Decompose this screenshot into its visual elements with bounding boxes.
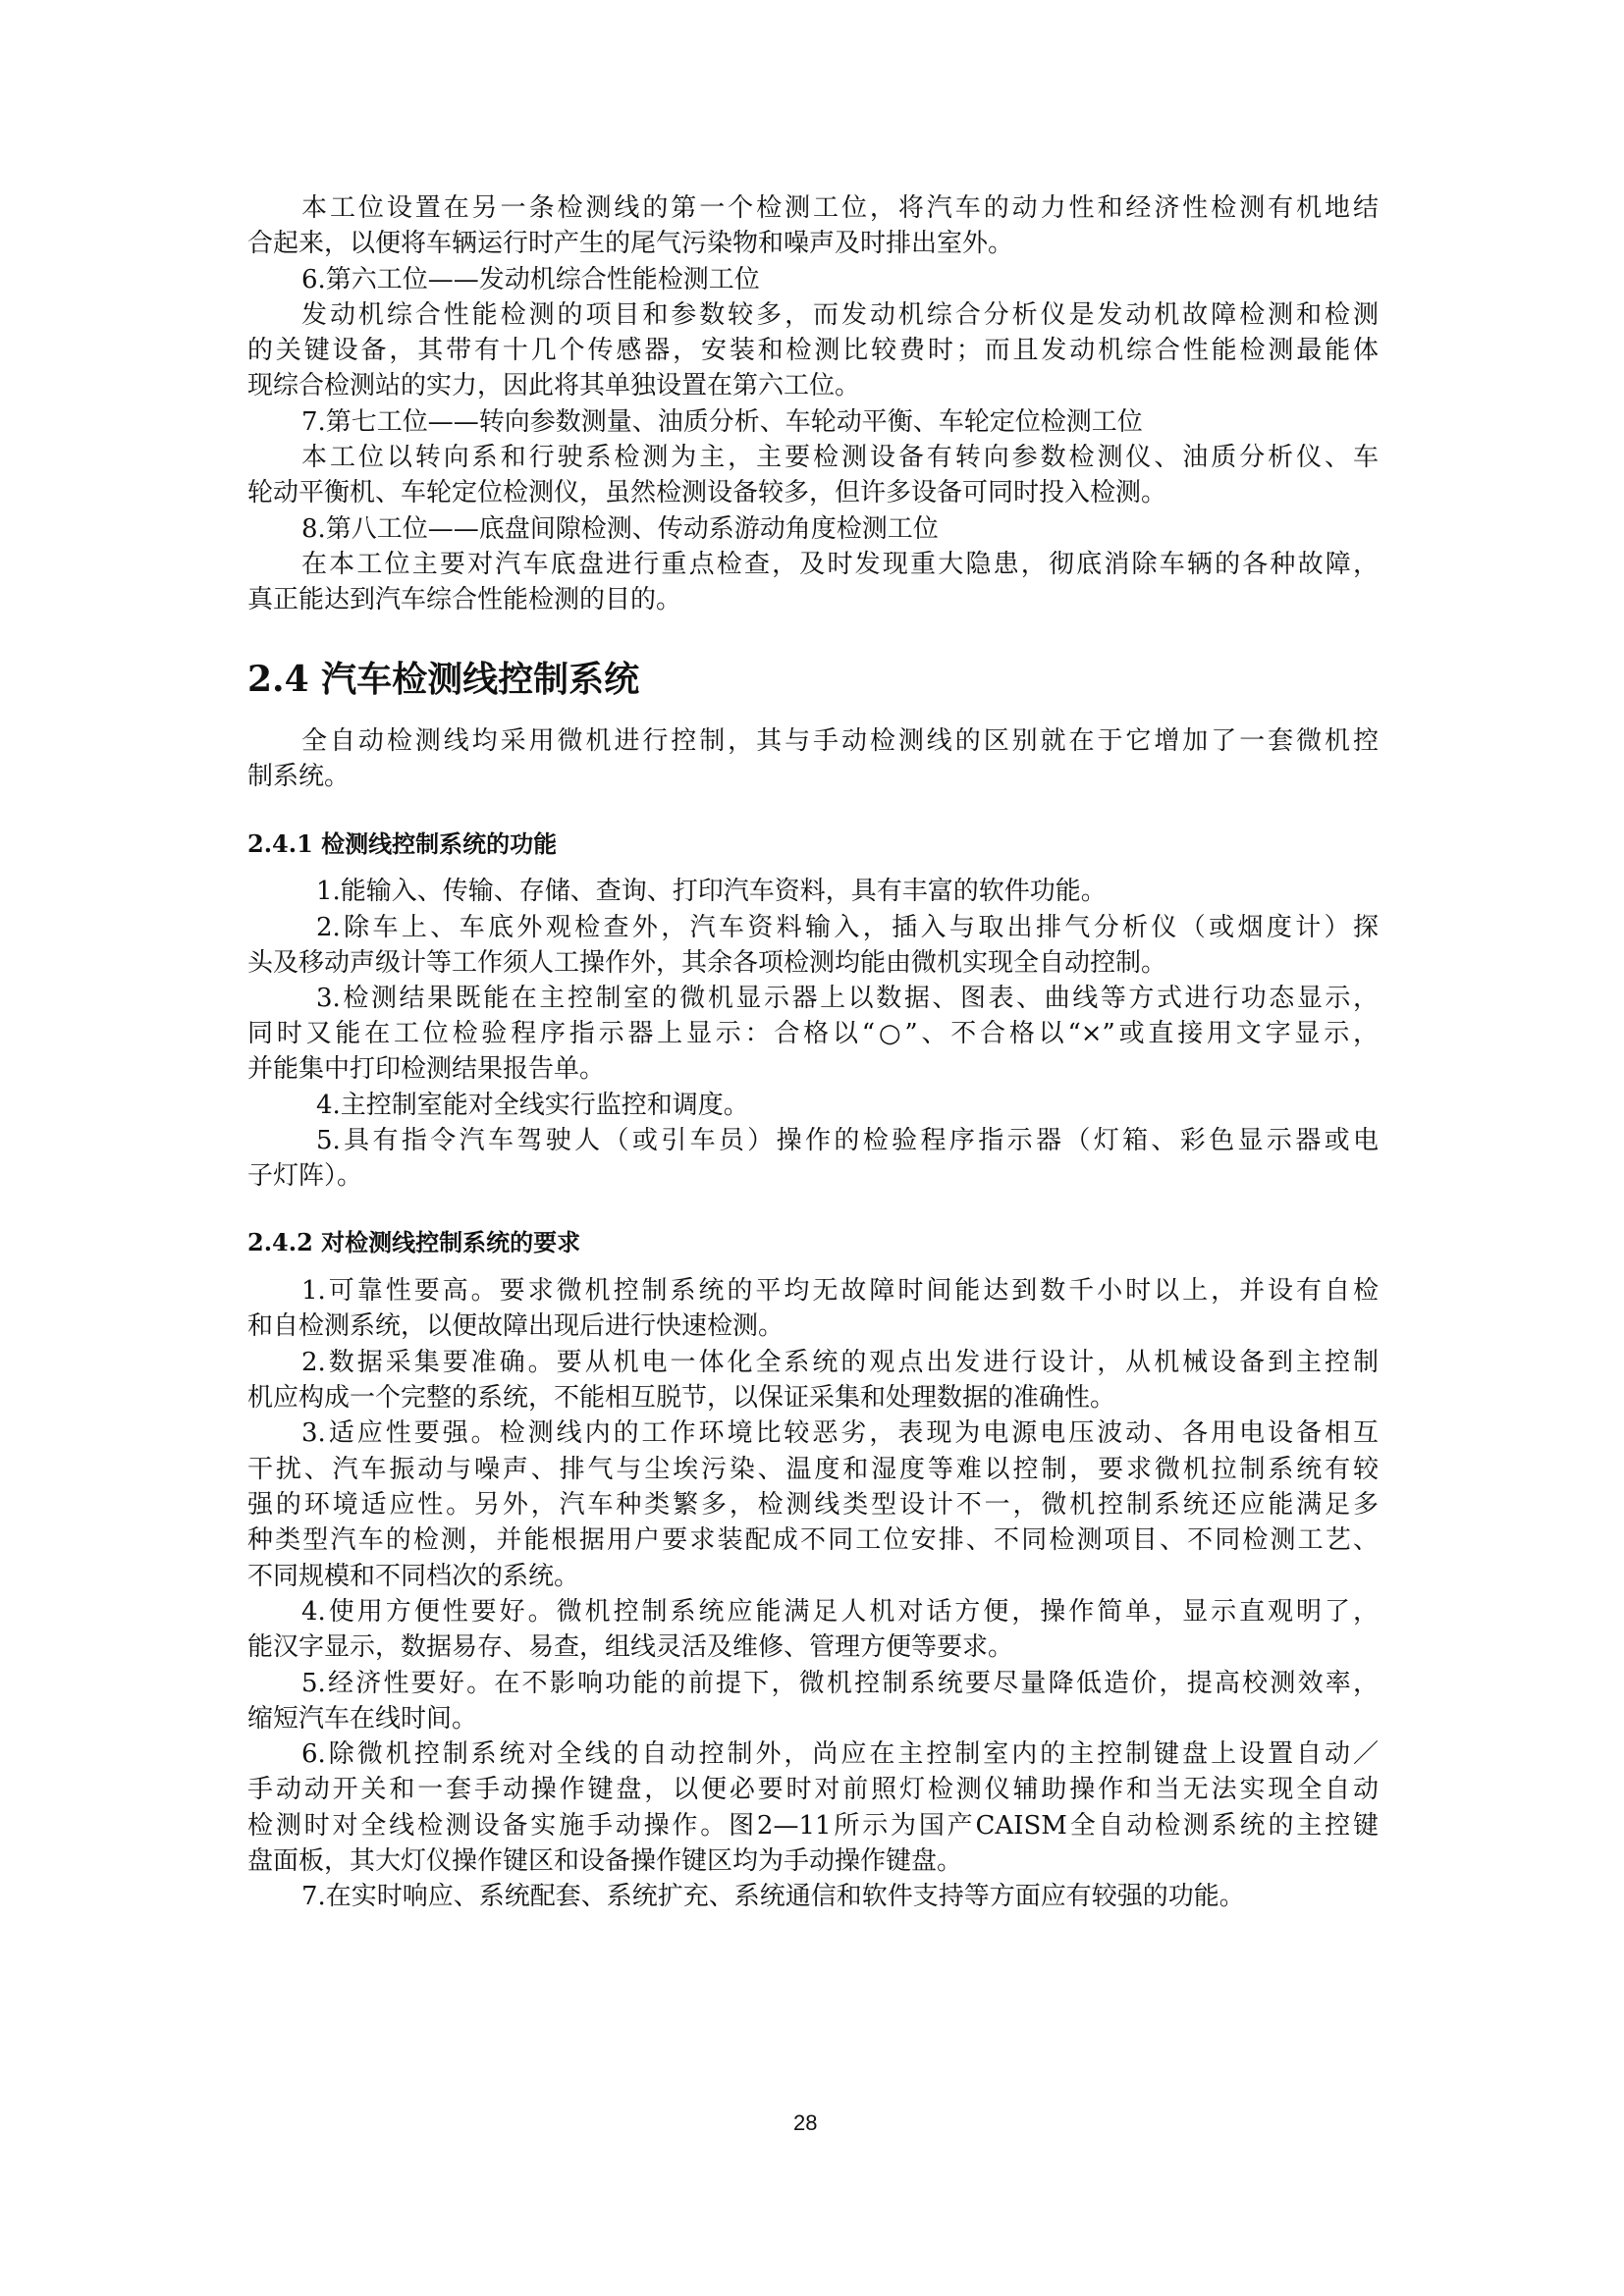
item-title: 8.第八工位——底盘间隙检测、传动系游动角度检测工位 xyxy=(301,514,1379,544)
paragraph-line: 的关键设备，其带有十几个传感器，安装和检测比较费时；而且发动机综合性能检测最能体 xyxy=(247,336,1379,365)
list-item: 3.检测结果既能在主控制室的微机显示器上以数据、图表、曲线等方式进行功态显示， xyxy=(316,984,1379,1013)
list-item-line: 手动动开关和一套手动操作键盘，以便必要时对前照灯检测仪辅助操作和当无法实现全自动 xyxy=(247,1775,1379,1804)
list-item: 2.除车上、车底外观检查外，汽车资料输入，插入与取出排气分析仪（或烟度计）探 xyxy=(316,913,1379,942)
list-item: 1.能输入、传输、存储、查询、打印汽车资料，具有丰富的软件功能。 xyxy=(316,877,1379,906)
list-item: 4.使用方便性要好。微机控制系统应能满足人机对话方便，操作简单，显示直观明了， xyxy=(301,1597,1379,1627)
list-item: 5.具有指令汽车驾驶人（或引车员）操作的检验程序指示器（灯箱、彩色显示器或电 xyxy=(316,1126,1379,1155)
item-title: 7.第七工位——转向参数测量、油质分析、车轮动平衡、车轮定位检测工位 xyxy=(301,407,1379,437)
list-item-line: 并能集中打印检测结果报告单。 xyxy=(247,1054,1379,1084)
paragraph-line: 在本工位主要对汽车底盘进行重点检查，及时发现重大隐患，彻底消除车辆的各种故障， xyxy=(301,550,1379,579)
list-item: 6.除微机控制系统对全线的自动控制外，尚应在主控制室内的主控制键盘上设置自动／ xyxy=(301,1739,1379,1769)
item-title: 6.第六工位——发动机综合性能检测工位 xyxy=(301,265,1379,294)
paragraph-line: 本工位以转向系和行驶系检测为主，主要检测设备有转向参数检测仪、油质分析仪、车 xyxy=(301,443,1379,472)
subsection-heading: 2.4.2 对检测线控制系统的要求 xyxy=(247,1229,580,1256)
paragraph-line: 真正能达到汽车综合性能检测的目的。 xyxy=(247,585,1379,614)
document-page: 本工位设置在另一条检测线的第一个检测工位，将汽车的动力性和经济性检测有机地结 合… xyxy=(0,0,1624,2296)
list-item-line: 子灯阵）。 xyxy=(247,1161,1379,1191)
paragraph-line: 轮动平衡机、车轮定位检测仪，虽然检测设备较多，但许多设备可同时投入检测。 xyxy=(247,478,1379,507)
list-item: 5.经济性要好。在不影响功能的前提下，微机控制系统要尽量降低造价，提高校测效率， xyxy=(301,1669,1379,1698)
list-item-line: 缩短汽车在线时间。 xyxy=(247,1704,1379,1734)
list-item-line: 头及移动声级计等工作须人工操作外，其余各项检测均能由微机实现全自动控制。 xyxy=(247,948,1379,978)
list-item-line: 干扰、汽车振动与噪声、排气与尘埃污染、温度和湿度等难以控制，要求微机拉制系统有较 xyxy=(247,1455,1379,1484)
list-item-line: 检测时对全线检测设备实施手动操作。图2—11所示为国产CAISM全自动检测系统的… xyxy=(247,1811,1379,1841)
paragraph-line: 全自动检测线均采用微机进行控制，其与手动检测线的区别就在于它增加了一套微机控 xyxy=(301,726,1379,756)
paragraph-line: 合起来，以便将车辆运行时产生的尾气污染物和噪声及时排出室外。 xyxy=(247,229,1379,258)
list-item-line: 不同规模和不同档次的系统。 xyxy=(247,1562,1379,1591)
list-item: 4.主控制室能对全线实行监控和调度。 xyxy=(316,1091,1379,1120)
paragraph-line: 本工位设置在另一条检测线的第一个检测工位，将汽车的动力性和经济性检测有机地结 xyxy=(301,193,1379,223)
list-item-line: 种类型汽车的检测，并能根据用户要求装配成不同工位安排、不同检测项目、不同检测工艺… xyxy=(247,1525,1379,1555)
list-item-line: 强的环境适应性。另外，汽车种类繁多，检测线类型设计不一，微机控制系统还应能满足多 xyxy=(247,1490,1379,1520)
paragraph-line: 制系统。 xyxy=(247,762,1379,791)
list-item: 1.可靠性要高。要求微机控制系统的平均无故障时间能达到数千小时以上，并设有自检 xyxy=(301,1276,1379,1306)
section-heading: 2.4 汽车检测线控制系统 xyxy=(247,660,639,699)
list-item-line: 能汉字显示，数据易存、易查，组线灵活及维修、管理方便等要求。 xyxy=(247,1632,1379,1662)
list-item-line: 盘面板，其大灯仪操作键区和设备操作键区均为手动操作键盘。 xyxy=(247,1846,1379,1876)
paragraph-line: 发动机综合性能检测的项目和参数较多，而发动机综合分析仪是发动机故障检测和检测 xyxy=(301,300,1379,330)
page-number: 28 xyxy=(793,2110,817,2136)
list-item: 7.在实时响应、系统配套、系统扩充、系统通信和软件支持等方面应有较强的功能。 xyxy=(301,1882,1379,1911)
list-item: 3.适应性要强。检测线内的工作环境比较恶劣，表现为电源电压波动、各用电设备相互 xyxy=(301,1418,1379,1448)
list-item-line: 和自检测系统，以便故障出现后进行快速检测。 xyxy=(247,1311,1379,1341)
list-item-line: 机应构成一个完整的系统，不能相互脱节，以保证采集和处理数据的准确性。 xyxy=(247,1383,1379,1413)
list-item: 2.数据采集要准确。要从机电一体化全系统的观点出发进行设计，从机械设备到主控制 xyxy=(301,1348,1379,1377)
paragraph-line: 现综合检测站的实力，因此将其单独设置在第六工位。 xyxy=(247,371,1379,400)
list-item-line: 同时又能在工位检验程序指示器上显示：合格以“○”、不合格以“×”或直接用文字显示… xyxy=(247,1019,1379,1048)
subsection-heading: 2.4.1 检测线控制系统的功能 xyxy=(247,830,557,858)
